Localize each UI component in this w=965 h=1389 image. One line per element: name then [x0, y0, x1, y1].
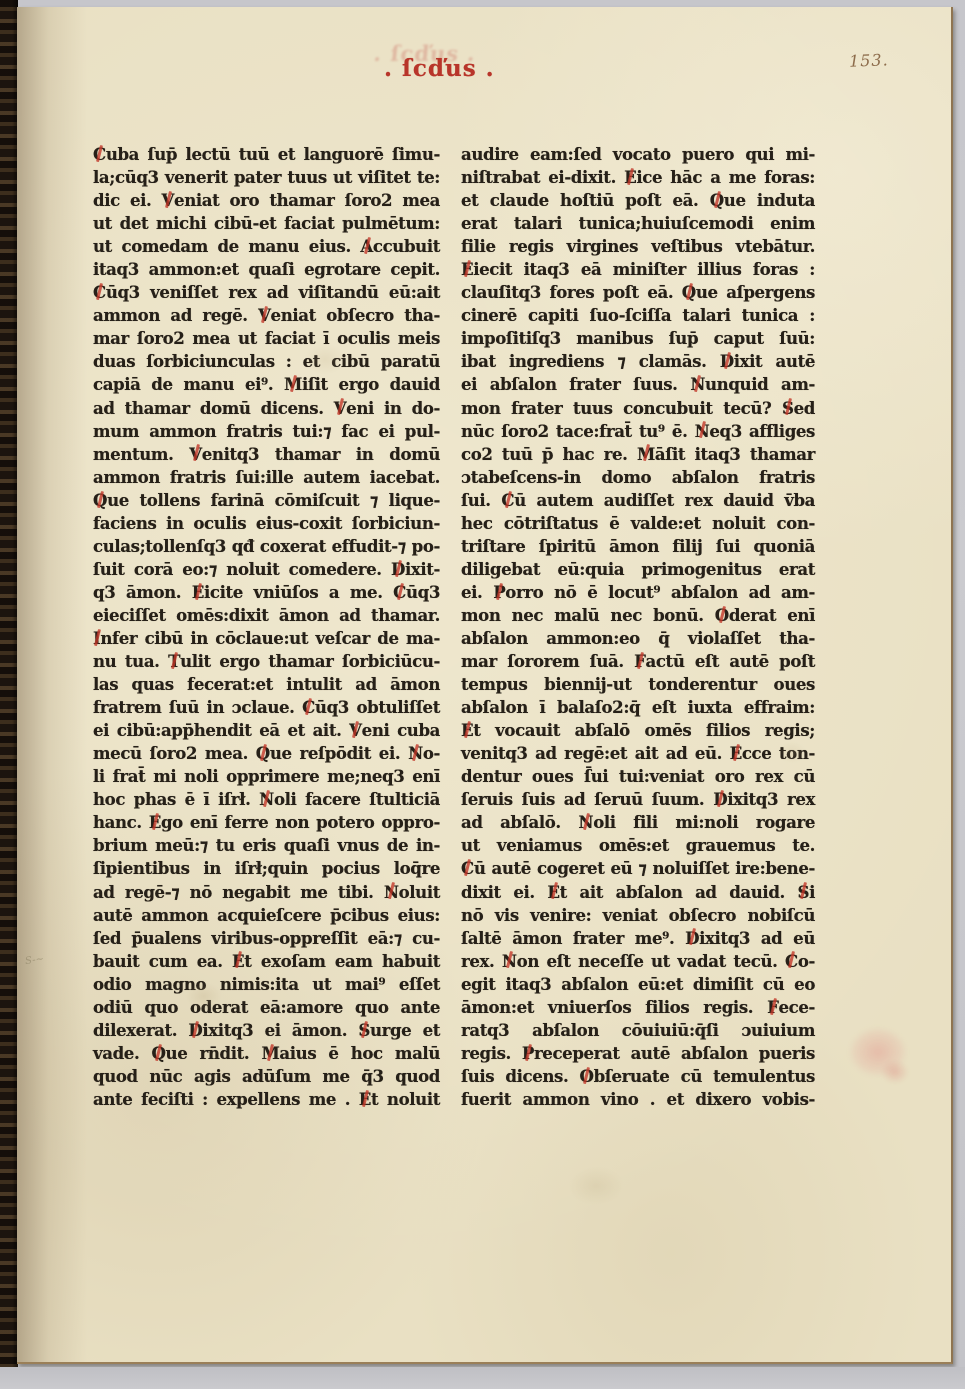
text-line: la;cūq3 venerit pater tuus ut viſitet te… — [93, 166, 440, 189]
text-line: mum ammon fratris tui:⁊ fac ei pul- — [93, 420, 440, 443]
text-line: ſed p̄ualens viribus-oppreſſit eā:⁊ cu- — [93, 927, 440, 950]
text-line: Cūq3 veniſſet rex ad viſitandū eū:ait — [93, 281, 440, 304]
text-line: cinerē capiti ſuo-ſciſſa talari tunica : — [461, 304, 815, 327]
text-line: li frat̄ mi noli opprimere me;neq3 enī — [93, 765, 440, 788]
text-line: audire eam:ſed vocato puero qui mi- — [461, 143, 815, 166]
text-line: erat talari tunica;huiuſcemodi enim — [461, 212, 815, 235]
text-line: et claude hoſtiū poſt eā. Que induta — [461, 189, 815, 212]
text-line: niſtrabat ei-dixit. Eice hāc a me foras: — [461, 166, 815, 189]
text-line: fratrem ſuū in ɔclaue. Cūq3 obtuliſſet — [93, 696, 440, 719]
text-line: ad abſalō. Noli fili mi:noli rogare — [461, 811, 815, 834]
text-line: Infer cibū in cōclaue:ut veſcar de ma- — [93, 627, 440, 650]
text-line: ammon ad regē. Veniat obſecro tha- — [93, 304, 440, 327]
text-line: nō vis venire: veniat obſecro nobiſcū — [461, 904, 815, 927]
text-line: dixit ei. Et ait abſalon ad dauid. Si — [461, 881, 815, 904]
text-line: bauit cum ea. Et exoſam eam habuit — [93, 950, 440, 973]
text-line: filie regis virgines veſtibus vtebātur. — [461, 235, 815, 258]
text-line: nūc ſoro2 tace:frat̄ tu⁹ ē. Neq3 afflige… — [461, 420, 815, 443]
text-line: ante feciſti : expellens me . Et noluit — [93, 1088, 440, 1111]
text-line: impoſitiſq3 manibus ſup̄ caput ſuū: — [461, 327, 815, 350]
text-line: regis. Preceperat autē abſalon pueris — [461, 1042, 815, 1065]
text-line: dic ei. Veniat oro thamar ſoro2 mea — [93, 189, 440, 212]
text-line: mon nec malū nec bonū. Oderat enī — [461, 604, 815, 627]
pencil-mark: S-~ — [24, 950, 71, 968]
text-line: las quas fecerat:et intulit ad āmon — [93, 673, 440, 696]
text-line: mar ſororem ſuā. Factū eſt autē poſt — [461, 650, 815, 673]
text-line: hanc. Ego enī ferre non potero oppro- — [93, 811, 440, 834]
scanned-manuscript: . ſcďus . . ſcďus . 153. Cuba ſup̄ lectū… — [0, 0, 965, 1389]
text-line: Eiecit itaq3 eā miniſter illius foras : — [461, 258, 815, 281]
text-line: ammon fratris ſui:ille autem iacebat. — [93, 466, 440, 489]
text-line: nu tua. Tulit ergo thamar ſorbiciūcu- — [93, 650, 440, 673]
ink-transfer-smudge — [839, 1019, 917, 1085]
text-line: ei. Porro nō ē locut⁹ abſalon ad am- — [461, 581, 815, 604]
text-line: Que tollens farinā cōmiſcuit ⁊ lique- — [93, 489, 440, 512]
text-line: odiū quo oderat eā:amore quo ante — [93, 996, 440, 1019]
text-line: abſalon ammon:eo q̄ violaſſet tha- — [461, 627, 815, 650]
text-line: itaq3 ammon:et quaſi egrotare cepit. — [93, 258, 440, 281]
text-line: ſeruis ſuis ad ſeruū ſuum. Dixitq3 rex — [461, 788, 815, 811]
text-line: ad regē-⁊ nō negabit me tibi. Noluit — [93, 881, 440, 904]
text-line: ratq3 abſalon cōuiuiū:q̄ſi ɔuiuium — [461, 1019, 815, 1042]
text-line: ſipientibus in iſrł;quin pocius loq̄re — [93, 857, 440, 880]
facing-page-edge — [0, 0, 18, 1370]
manuscript-page: . ſcďus . . ſcďus . 153. Cuba ſup̄ lectū… — [17, 7, 953, 1364]
text-line: dilexerat. Dixitq3 ei āmon. Surge et — [93, 1019, 440, 1042]
text-line: ibat ingrediens ⁊ clamās. Dixit autē — [461, 350, 815, 373]
text-line: ad thamar domū dicens. Veni in do- — [93, 397, 440, 420]
text-line: co2 tuū p̄ hac re. Māſit itaq3 thamar — [461, 443, 815, 466]
text-line: autē ammon acquieſcere p̄cibus eius: — [93, 904, 440, 927]
text-line: ſaltē āmon frater me⁹. Dixitq3 ad eū — [461, 927, 815, 950]
text-line: q3 āmon. Eicite vniūſos a me. Cūq3 — [93, 581, 440, 604]
text-line: ſuis dicens. Obſeruate cū temulentus — [461, 1065, 815, 1088]
text-line: ɔtabeſcens-in domo abſalon fratris — [461, 466, 815, 489]
text-line: hoc phas ē ī iſrł. Noli facere ſtulticiā — [93, 788, 440, 811]
text-line: fuerit ammon vino . et dixero vobis- — [461, 1088, 815, 1111]
text-line: venitq3 ad regē:et ait ad eū. Ecce ton- — [461, 742, 815, 765]
folio-number: 153. — [849, 50, 889, 70]
text-line: ut comedam de manu eius. Accubuit — [93, 235, 440, 258]
text-line: culas;tollenſq3 qđ coxerat effudit-⁊ po- — [93, 535, 440, 558]
text-line: duas ſorbiciunculas : et cibū paratū — [93, 350, 440, 373]
text-line: ei cibū:app̄hendit eā et ait. Veni cuba — [93, 719, 440, 742]
text-line: faciens in oculis eius-coxit ſorbiciun- — [93, 512, 440, 535]
text-line: mon frater tuus concubuit tecū? Sed — [461, 397, 815, 420]
scan-background-bottom — [0, 1367, 965, 1389]
text-line: odio magno nimis:ita ut mai⁹ eſſet — [93, 973, 440, 996]
text-line: quod nūc agis adūſum me q̄3 quod — [93, 1065, 440, 1088]
text-line: āmon:et vniuerſos filios regis. Fece- — [461, 996, 815, 1019]
text-line: Cuba ſup̄ lectū tuū et languorē ſimu- — [93, 143, 440, 166]
text-line: capiā de manu ei⁹. Miſit ergo dauid — [93, 373, 440, 396]
text-line: ſuit corā eo:⁊ noluit comedere. Dixit- — [93, 558, 440, 581]
text-line: brium meū:⁊ tu eris quaſi vnus de in- — [93, 834, 440, 857]
text-line: triſtare ſpiritū āmon filij ſui quoniā — [461, 535, 815, 558]
text-line: abſalon ī balaſo2:q̄ eſt iuxta effraim: — [461, 696, 815, 719]
text-line: ut veniamus omēs:et grauemus te. — [461, 834, 815, 857]
ink-transfer-smudge-small — [875, 1055, 915, 1089]
text-line: clauſitq3 fores poſt eā. Que aſpergens — [461, 281, 815, 304]
text-line: Et vocauit abſalō omēs filios regis; — [461, 719, 815, 742]
text-line: ei abſalon frater ſuus. Nunquid am- — [461, 373, 815, 396]
text-line: mecū ſoro2 mea. Que reſpōdit ei. No- — [93, 742, 440, 765]
text-line: mentum. Venitq3 thamar in domū — [93, 443, 440, 466]
text-line: rex. Non eſt neceſſe ut vadat tecū. Co- — [461, 950, 815, 973]
text-line: Cū autē cogeret eū ⁊ noluiſſet ire:bene- — [461, 857, 815, 880]
text-line: diligebat eū:quia primogenitus erat — [461, 558, 815, 581]
text-line: mar ſoro2 mea ut faciat ī oculis meis — [93, 327, 440, 350]
text-column-right: audire eam:ſed vocato puero qui mi-niſtr… — [461, 143, 815, 1111]
running-title: . ſcďus . — [384, 55, 495, 82]
text-column-left: Cuba ſup̄ lectū tuū et languorē ſimu-la;… — [93, 143, 440, 1111]
text-line: vade. Que rn̄dit. Maius ē hoc malū — [93, 1042, 440, 1065]
text-block: Cuba ſup̄ lectū tuū et languorē ſimu-la;… — [93, 143, 815, 1111]
text-line: hec cōtriſtatus ē valde:et noluit con- — [461, 512, 815, 535]
text-line: ut det michi cibū-et faciat pulmētum: — [93, 212, 440, 235]
text-line: eieciſſet omēs:dixit āmon ad thamar. — [93, 604, 440, 627]
text-line: ſui. Cū autem audiſſet rex dauid v̄ba — [461, 489, 815, 512]
text-line: egit itaq3 abſalon eū:et dimiſit cū eo — [461, 973, 815, 996]
text-line: dentur oues ſ̄ui tui:veniat oro rex cū — [461, 765, 815, 788]
text-line: tempus biennij-ut tonderentur oues — [461, 673, 815, 696]
running-header: . ſcďus . . ſcďus . — [372, 49, 572, 89]
